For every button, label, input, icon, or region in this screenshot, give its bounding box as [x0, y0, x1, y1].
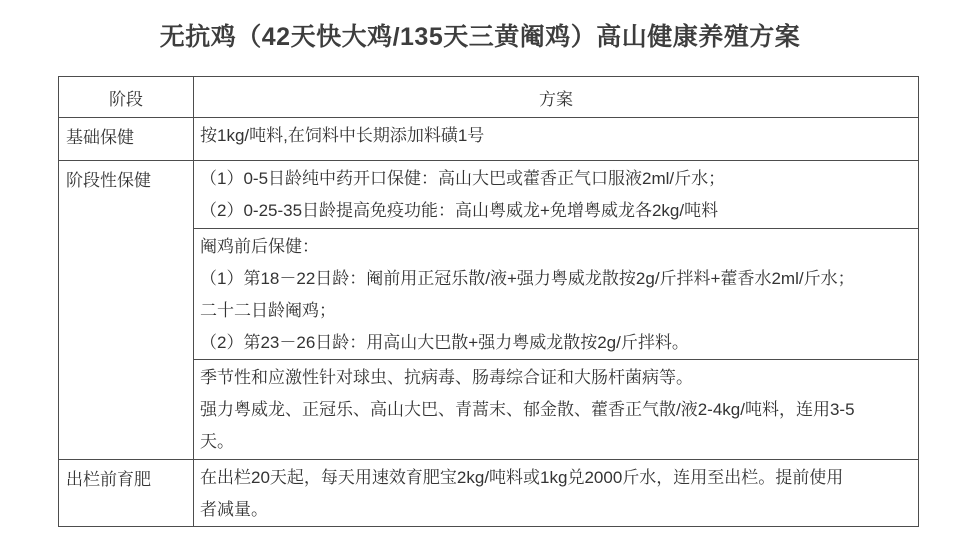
header-plan: 方案: [194, 77, 919, 118]
page-title: 无抗鸡（42天快大鸡/135天三黄阉鸡）高山健康养殖方案: [0, 17, 960, 53]
plan-cell-seasonal-care: 季节性和应激性针对球虫、抗病毒、肠毒综合证和大肠杆菌病等。 强力粤威龙、正冠乐、…: [194, 360, 919, 460]
plan-line: （1）0-5日龄纯中药开口保健：高山大巴或藿香正气口服液2ml/斤水；: [200, 163, 910, 195]
plan-line: （2）第23－26日龄：用高山大巴散+强力粤威龙散按2g/斤拌料。: [200, 327, 910, 359]
header-row: 阶段 方案: [59, 77, 919, 118]
document-page: 无抗鸡（42天快大鸡/135天三黄阉鸡）高山健康养殖方案 阶段 方案 基础保健 …: [0, 0, 960, 540]
table-row-basic-care: 基础保健 按1kg/吨料,在饲料中长期添加料磺1号: [59, 118, 919, 161]
table-row-pre-slaughter: 出栏前育肥 在出栏20天起，每天用速效育肥宝2kg/吨料或1kg兑2000斤水，…: [59, 460, 919, 527]
plan-line: （1）第18－22日龄：阉前用正冠乐散/液+强力粤威龙散按2g/斤拌料+藿香水2…: [200, 263, 910, 295]
header-stage: 阶段: [59, 77, 194, 118]
plan-line: 者减量。: [200, 494, 910, 526]
plan-cell-basic-care: 按1kg/吨料,在饲料中长期添加料磺1号: [194, 118, 919, 161]
stage-cell-pre-slaughter: 出栏前育肥: [59, 460, 194, 527]
plan-cell-pre-slaughter: 在出栏20天起，每天用速效育肥宝2kg/吨料或1kg兑2000斤水，连用至出栏。…: [194, 460, 919, 527]
plan-cell-castration-care: 阉鸡前后保健： （1）第18－22日龄：阉前用正冠乐散/液+强力粤威龙散按2g/…: [194, 229, 919, 360]
plan-line: （2）0-25-35日龄提高免疫功能：高山粤威龙+免增粤威龙各2kg/吨料: [200, 195, 910, 227]
plan-line: 在出栏20天起，每天用速效育肥宝2kg/吨料或1kg兑2000斤水，连用至出栏。…: [200, 462, 910, 494]
plan-cell-stage-care-early: （1）0-5日龄纯中药开口保健：高山大巴或藿香正气口服液2ml/斤水； （2）0…: [194, 161, 919, 229]
table-row-stage-care-1: 阶段性保健 （1）0-5日龄纯中药开口保健：高山大巴或藿香正气口服液2ml/斤水…: [59, 161, 919, 229]
plan-line: 二十二日龄阉鸡；: [200, 295, 910, 327]
plan-line: 季节性和应激性针对球虫、抗病毒、肠毒综合证和大肠杆菌病等。: [200, 362, 910, 394]
plan-line: 天。: [200, 426, 910, 458]
plan-line: 按1kg/吨料,在饲料中长期添加料磺1号: [200, 120, 910, 152]
stage-cell-stage-care: 阶段性保健: [59, 161, 194, 460]
plan-line: 强力粤威龙、正冠乐、高山大巴、青蒿末、郁金散、藿香正气散/液2-4kg/吨料，连…: [200, 394, 910, 426]
stage-cell-basic-care: 基础保健: [59, 118, 194, 161]
breeding-plan-table: 阶段 方案 基础保健 按1kg/吨料,在饲料中长期添加料磺1号 阶段性保健 （1…: [58, 76, 919, 527]
plan-line: 阉鸡前后保健：: [200, 231, 910, 263]
